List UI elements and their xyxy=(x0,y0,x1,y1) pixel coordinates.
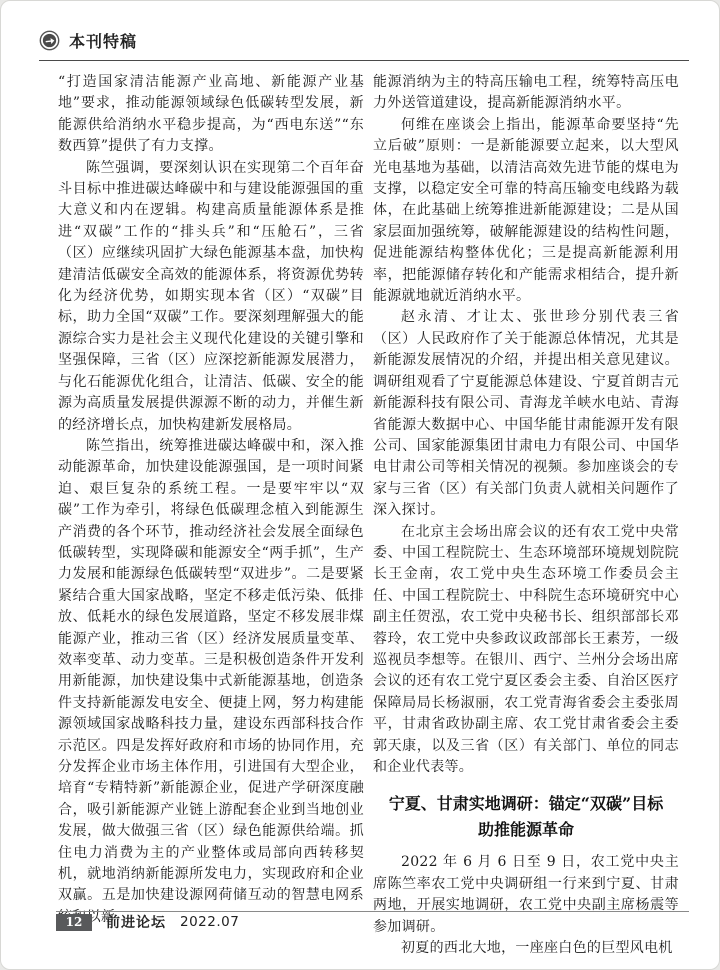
paragraph: 何维在座谈会上指出，能源革命要坚持“先立后破”原则：一是新能源要立起来，以大型风… xyxy=(373,115,679,308)
right-column: 能源消纳为主的特高压输电工程，统筹特高压电力外送管道建设，提高新能源消纳水平。何… xyxy=(373,72,679,959)
section-heading-line2: 助推能源革命 xyxy=(478,820,574,839)
paragraph: 能源消纳为主的特高压输电工程，统筹特高压电力外送管道建设，提高新能源消纳水平。 xyxy=(373,72,679,115)
paragraph: 陈竺指出，统筹推进碳达峰碳中和，深入推动能源革命，加快建设能源强国，是一项时间紧… xyxy=(58,436,364,928)
page-header: 本刊特稿 xyxy=(39,29,689,61)
section-label: 本刊特稿 xyxy=(69,29,137,52)
page-footer: 12 前进论坛 2022.07 xyxy=(1,911,719,945)
right-column-top-paragraphs: 能源消纳为主的特高压输电工程，统筹特高压电力外送管道建设，提高新能源消纳水平。何… xyxy=(373,72,679,778)
section-heading-line1: 宁夏、甘肃实地调研：锚定“双碳”目标 xyxy=(389,794,663,813)
issue-label: 2022.07 xyxy=(180,914,239,930)
paragraph: 陈竺强调，要深刻认识在实现第二个百年奋斗目标中推进碳达峰碳中和与建设能源强国的重… xyxy=(58,158,364,436)
footer-row: 12 前进论坛 2022.07 xyxy=(56,912,239,932)
page-number-badge: 12 xyxy=(56,914,92,931)
journal-name: 前进论坛 xyxy=(106,912,166,932)
left-column: “打造国家清洁能源产业高地、新能源产业基地”要求，推动能源领域绿色低碳转型发展，… xyxy=(58,72,364,959)
arrow-circle-icon xyxy=(39,30,60,51)
article-body: “打造国家清洁能源产业高地、新能源产业基地”要求，推动能源领域绿色低碳转型发展，… xyxy=(58,72,679,959)
paragraph: 赵永清、才让太、张世珍分别代表三省（区）人民政府作了关于能源总体情况，尤其是新能… xyxy=(373,307,679,521)
magazine-page: 本刊特稿 “打造国家清洁能源产业高地、新能源产业基地”要求，推动能源领域绿色低碳… xyxy=(0,0,720,970)
paragraph: 在北京主会场出席会议的还有农工党中央常委、中国工程院院士、生态环境部环境规划院院… xyxy=(373,522,679,779)
paragraph: “打造国家清洁能源产业高地、新能源产业基地”要求，推动能源领域绿色低碳转型发展，… xyxy=(58,72,364,158)
section-heading: 宁夏、甘肃实地调研：锚定“双碳”目标 助推能源革命 xyxy=(373,791,679,843)
